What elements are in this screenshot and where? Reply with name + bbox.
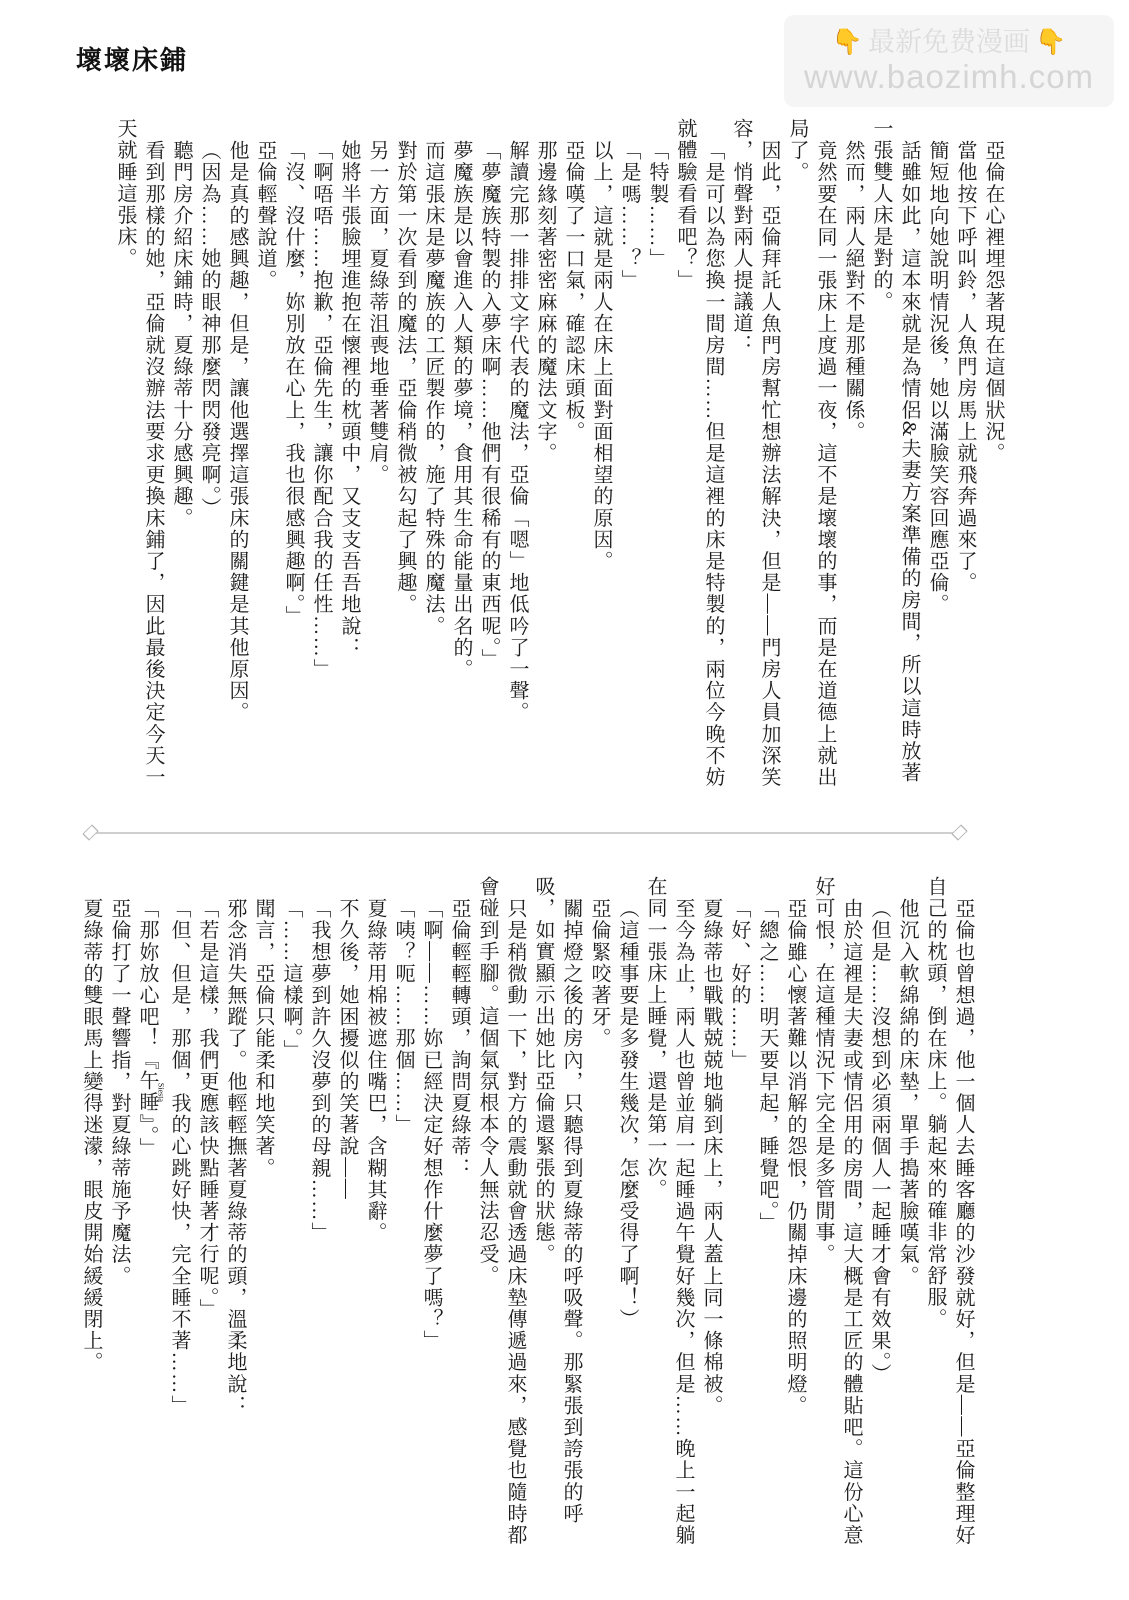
paragraph: 「若是這樣，我們更應該快點睡著才行呢。」: [193, 876, 221, 1546]
paragraph: 對於第一次看到的魔法，亞倫稍微被勾起了興趣。: [391, 118, 419, 788]
finger-down-icon: 👇: [1035, 27, 1066, 57]
paragraph: 「夢魔族特製的入夢床啊……他們有很稀有的東西呢。」: [475, 118, 503, 788]
paragraph: 「……這樣啊。」: [277, 876, 305, 1546]
section-divider: [85, 827, 965, 838]
divider-line: [96, 832, 954, 834]
paragraph: （這種事要是多發生幾次，怎麼受得了啊！）: [613, 876, 641, 1546]
diamond-icon: [82, 824, 98, 840]
paragraph: 然而，兩人絕對不是那種關係。: [839, 118, 867, 788]
paragraph: 她將半張臉埋進抱在懷裡的枕頭中，又支支吾吾地說：: [335, 118, 363, 788]
paragraph: 他是真的感興趣，但是，讓他選擇這張床的關鍵是其他原因。: [223, 118, 251, 788]
paragraph: 「好、好的……」: [725, 876, 753, 1546]
paragraph: 「我想夢到許久沒夢到的母親……」: [305, 876, 333, 1546]
paragraph: 夢魔族是以會進入人類的夢境，食用其生命能量出名的。: [447, 118, 475, 788]
paragraph: 以上，這就是兩人在床上面對面相望的原因。: [587, 118, 615, 788]
paragraph: 夏綠蒂也戰戰兢兢地躺到床上，兩人蓋上同一條棉被。: [697, 876, 725, 1546]
paragraph: 當他按下呼叫鈴，人魚門房馬上就飛奔過來了。: [951, 118, 979, 788]
story-section-2: 亞倫也曾想過，他一個人去睡客廳的沙發就好，但是——亞倫整理好自己的枕頭，倒在床上…: [77, 876, 977, 1546]
paragraph: 「啊——……妳已經決定好想作什麼夢了嗎？」: [417, 876, 445, 1546]
paragraph: 因此，亞倫拜託人魚門房幫忙想辦法解決，但是——門房人員加深笑容，悄聲對兩人提議道…: [727, 118, 783, 788]
watermark-promo-text: 最新免费漫画: [868, 26, 1030, 58]
paragraph: 由於這裡是夫妻或情侶用的房間，這大概是工匠的體貼吧。這份心意好可恨，在這種情況下…: [809, 876, 865, 1546]
paragraph: 簡短地向她說明情況後，她以滿臉笑容回應亞倫。: [923, 118, 951, 788]
paragraph: 那邊緣刻著密密麻麻的魔法文字。: [531, 118, 559, 788]
ruby-suffix: 』。」: [136, 1114, 158, 1159]
paragraph: 看到那樣的她，亞倫就沒辦法要求更換床鋪了，因此最後決定今天一天就睡這張床。: [111, 118, 167, 788]
ruby-word: 午睡Siesta: [136, 1070, 158, 1113]
paragraph: 亞倫嘆了一口氣，確認床頭板。: [559, 118, 587, 788]
paragraph: 亞倫雖心懷著難以消解的怨恨，仍關掉床邊的照明燈。: [781, 876, 809, 1546]
ruby-base: 午睡: [136, 1070, 158, 1113]
paragraph: 亞倫打了一聲響指，對夏綠蒂施予魔法。: [105, 876, 133, 1546]
ruby-prefix: 「那妳放心吧！『: [136, 898, 158, 1071]
paragraph: 解讀完那一排排文字代表的魔法，亞倫「嗯」地低吟了一聲。: [503, 118, 531, 788]
finger-down-icon: 👇: [832, 27, 863, 57]
paragraph: 他沉入軟綿綿的床墊，單手搗著臉嘆氣。: [893, 876, 921, 1546]
paragraph: 亞倫緊咬著牙。: [585, 876, 613, 1546]
paragraph: 話雖如此，這本來就是為情侶&夫妻方案準備的房間，所以這時放著一張雙人床是對的。: [867, 118, 923, 788]
paragraph: 聽門房介紹床鋪時，夏綠蒂十分感興趣。: [167, 118, 195, 788]
paragraph: 另一方面，夏綠蒂沮喪地垂著雙肩。: [363, 118, 391, 788]
paragraph: （但是……沒想到必須兩個人一起睡才會有效果。）: [865, 876, 893, 1546]
paragraph: 竟然要在同一張床上度過一夜，這不是壞壞的事，而是在道德上就出局了。: [783, 118, 839, 788]
paragraph: 「是嗎……？」: [615, 118, 643, 788]
watermark-site-url: www.baozimh.com: [804, 58, 1094, 96]
paragraph: （因為……她的眼神那麼閃閃發亮啊。）: [195, 118, 223, 788]
paragraph: 「沒、沒什麼，妳別放在心上，我也很感興趣啊。」: [279, 118, 307, 788]
paragraph: 「總之……明天要早起，睡覺吧。」: [753, 876, 781, 1546]
paragraph: 而這張床是夢魔族的工匠製作的，施了特殊的魔法。: [419, 118, 447, 788]
paragraph-with-ruby: 「那妳放心吧！『午睡Siesta』。」: [133, 876, 165, 1546]
diamond-icon: [951, 824, 967, 840]
paragraph: 只是稍微動一下，對方的震動就會透過床墊傳遞過來，感覺也隨時都會碰到手腳。這個氣氛…: [473, 876, 529, 1546]
paragraph: 「是可以為您換一間房間……但是這裡的床是特製的，兩位今晚不妨就體驗看看吧？」: [671, 118, 727, 788]
paragraph: 亞倫輕輕轉頭，詢問夏綠蒂：: [445, 876, 473, 1546]
watermark-promo-line: 👇 最新免费漫画 👇: [832, 26, 1066, 58]
paragraph: 「特製……」: [643, 118, 671, 788]
paragraph: 夏綠蒂用棉被遮住嘴巴，含糊其辭。: [361, 876, 389, 1546]
page-title: 壞壞床鋪: [76, 40, 188, 77]
watermark: 👇 最新免费漫画 👇 www.baozimh.com: [784, 15, 1114, 107]
paragraph: 「但、但是，那個，我的心跳好快，完全睡不著……」: [165, 876, 193, 1546]
paragraph: 「啊唔唔……抱歉，亞倫先生，讓你配合我的任性……」: [307, 118, 335, 788]
paragraph: 不久後，她困擾似的笑著說——: [333, 876, 361, 1546]
ruby-annotation: Siesta: [157, 1070, 166, 1113]
paragraph: 「咦？呃……那個……」: [389, 876, 417, 1546]
paragraph: 夏綠蒂的雙眼馬上變得迷濛，眼皮開始緩緩閉上。: [77, 876, 105, 1546]
paragraph: 至今為止，兩人也曾並肩一起睡過午覺好幾次，但是……晚上一起躺在同一張床上睡覺，還…: [641, 876, 697, 1546]
paragraph: 亞倫在心裡埋怨著現在這個狀況。: [979, 118, 1007, 788]
paragraph: 邪念消失無蹤了。他輕輕撫著夏綠蒂的頭，溫柔地說：: [221, 876, 249, 1546]
paragraph: 聞言，亞倫只能柔和地笑著。: [249, 876, 277, 1546]
story-section-1: 亞倫在心裡埋怨著現在這個狀況。 當他按下呼叫鈴，人魚門房馬上就飛奔過來了。 簡短…: [111, 118, 1007, 788]
paragraph: 關掉燈之後的房內，只聽得到夏綠蒂的呼吸聲。那緊張到誇張的呼吸，如實顯示出她比亞倫…: [529, 876, 585, 1546]
paragraph: 亞倫輕聲說道。: [251, 118, 279, 788]
paragraph: 亞倫也曾想過，他一個人去睡客廳的沙發就好，但是——亞倫整理好自己的枕頭，倒在床上…: [921, 876, 977, 1546]
